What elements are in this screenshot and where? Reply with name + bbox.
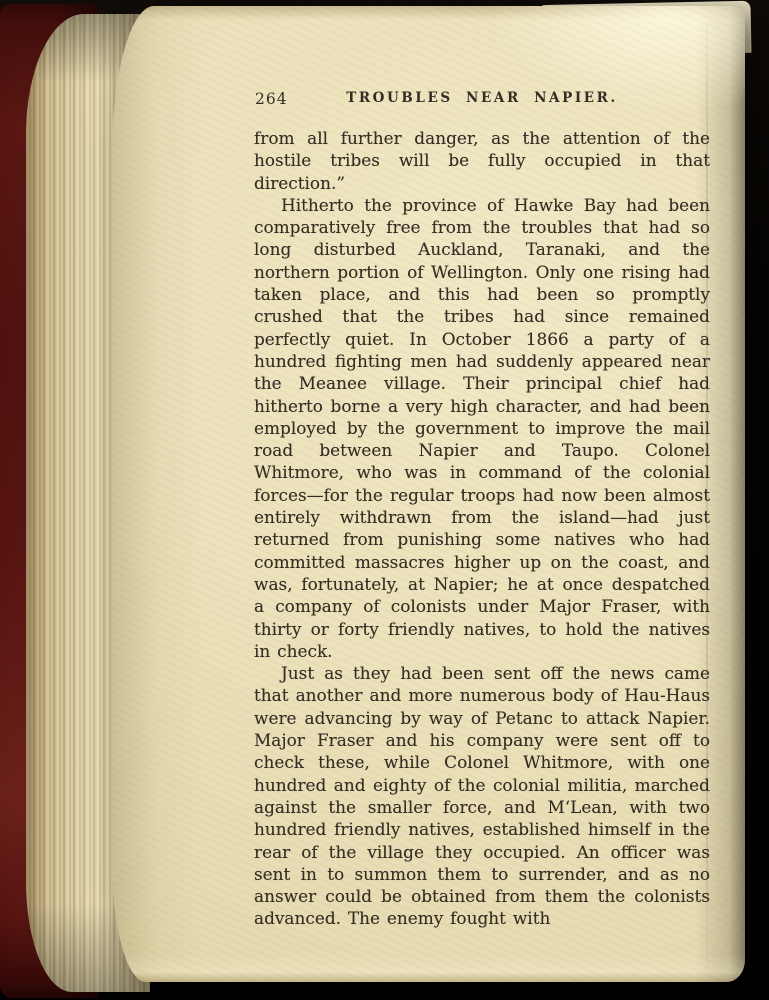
paragraph: Hitherto the province of Hawke Bay had b… bbox=[254, 194, 710, 662]
book-page: 264 TROUBLES NEAR NAPIER. from all furth… bbox=[112, 6, 745, 982]
text-block: 264 TROUBLES NEAR NAPIER. from all furth… bbox=[254, 90, 710, 930]
page-number: 264 bbox=[255, 90, 288, 108]
paragraph-continuation: from all further danger, as the attentio… bbox=[254, 127, 710, 194]
page-header: 264 TROUBLES NEAR NAPIER. bbox=[254, 90, 710, 108]
book-photo: 264 TROUBLES NEAR NAPIER. from all furth… bbox=[0, 0, 769, 1000]
paragraph: Just as they had been sent off the news … bbox=[254, 662, 710, 930]
running-head: TROUBLES NEAR NAPIER. bbox=[254, 90, 710, 106]
